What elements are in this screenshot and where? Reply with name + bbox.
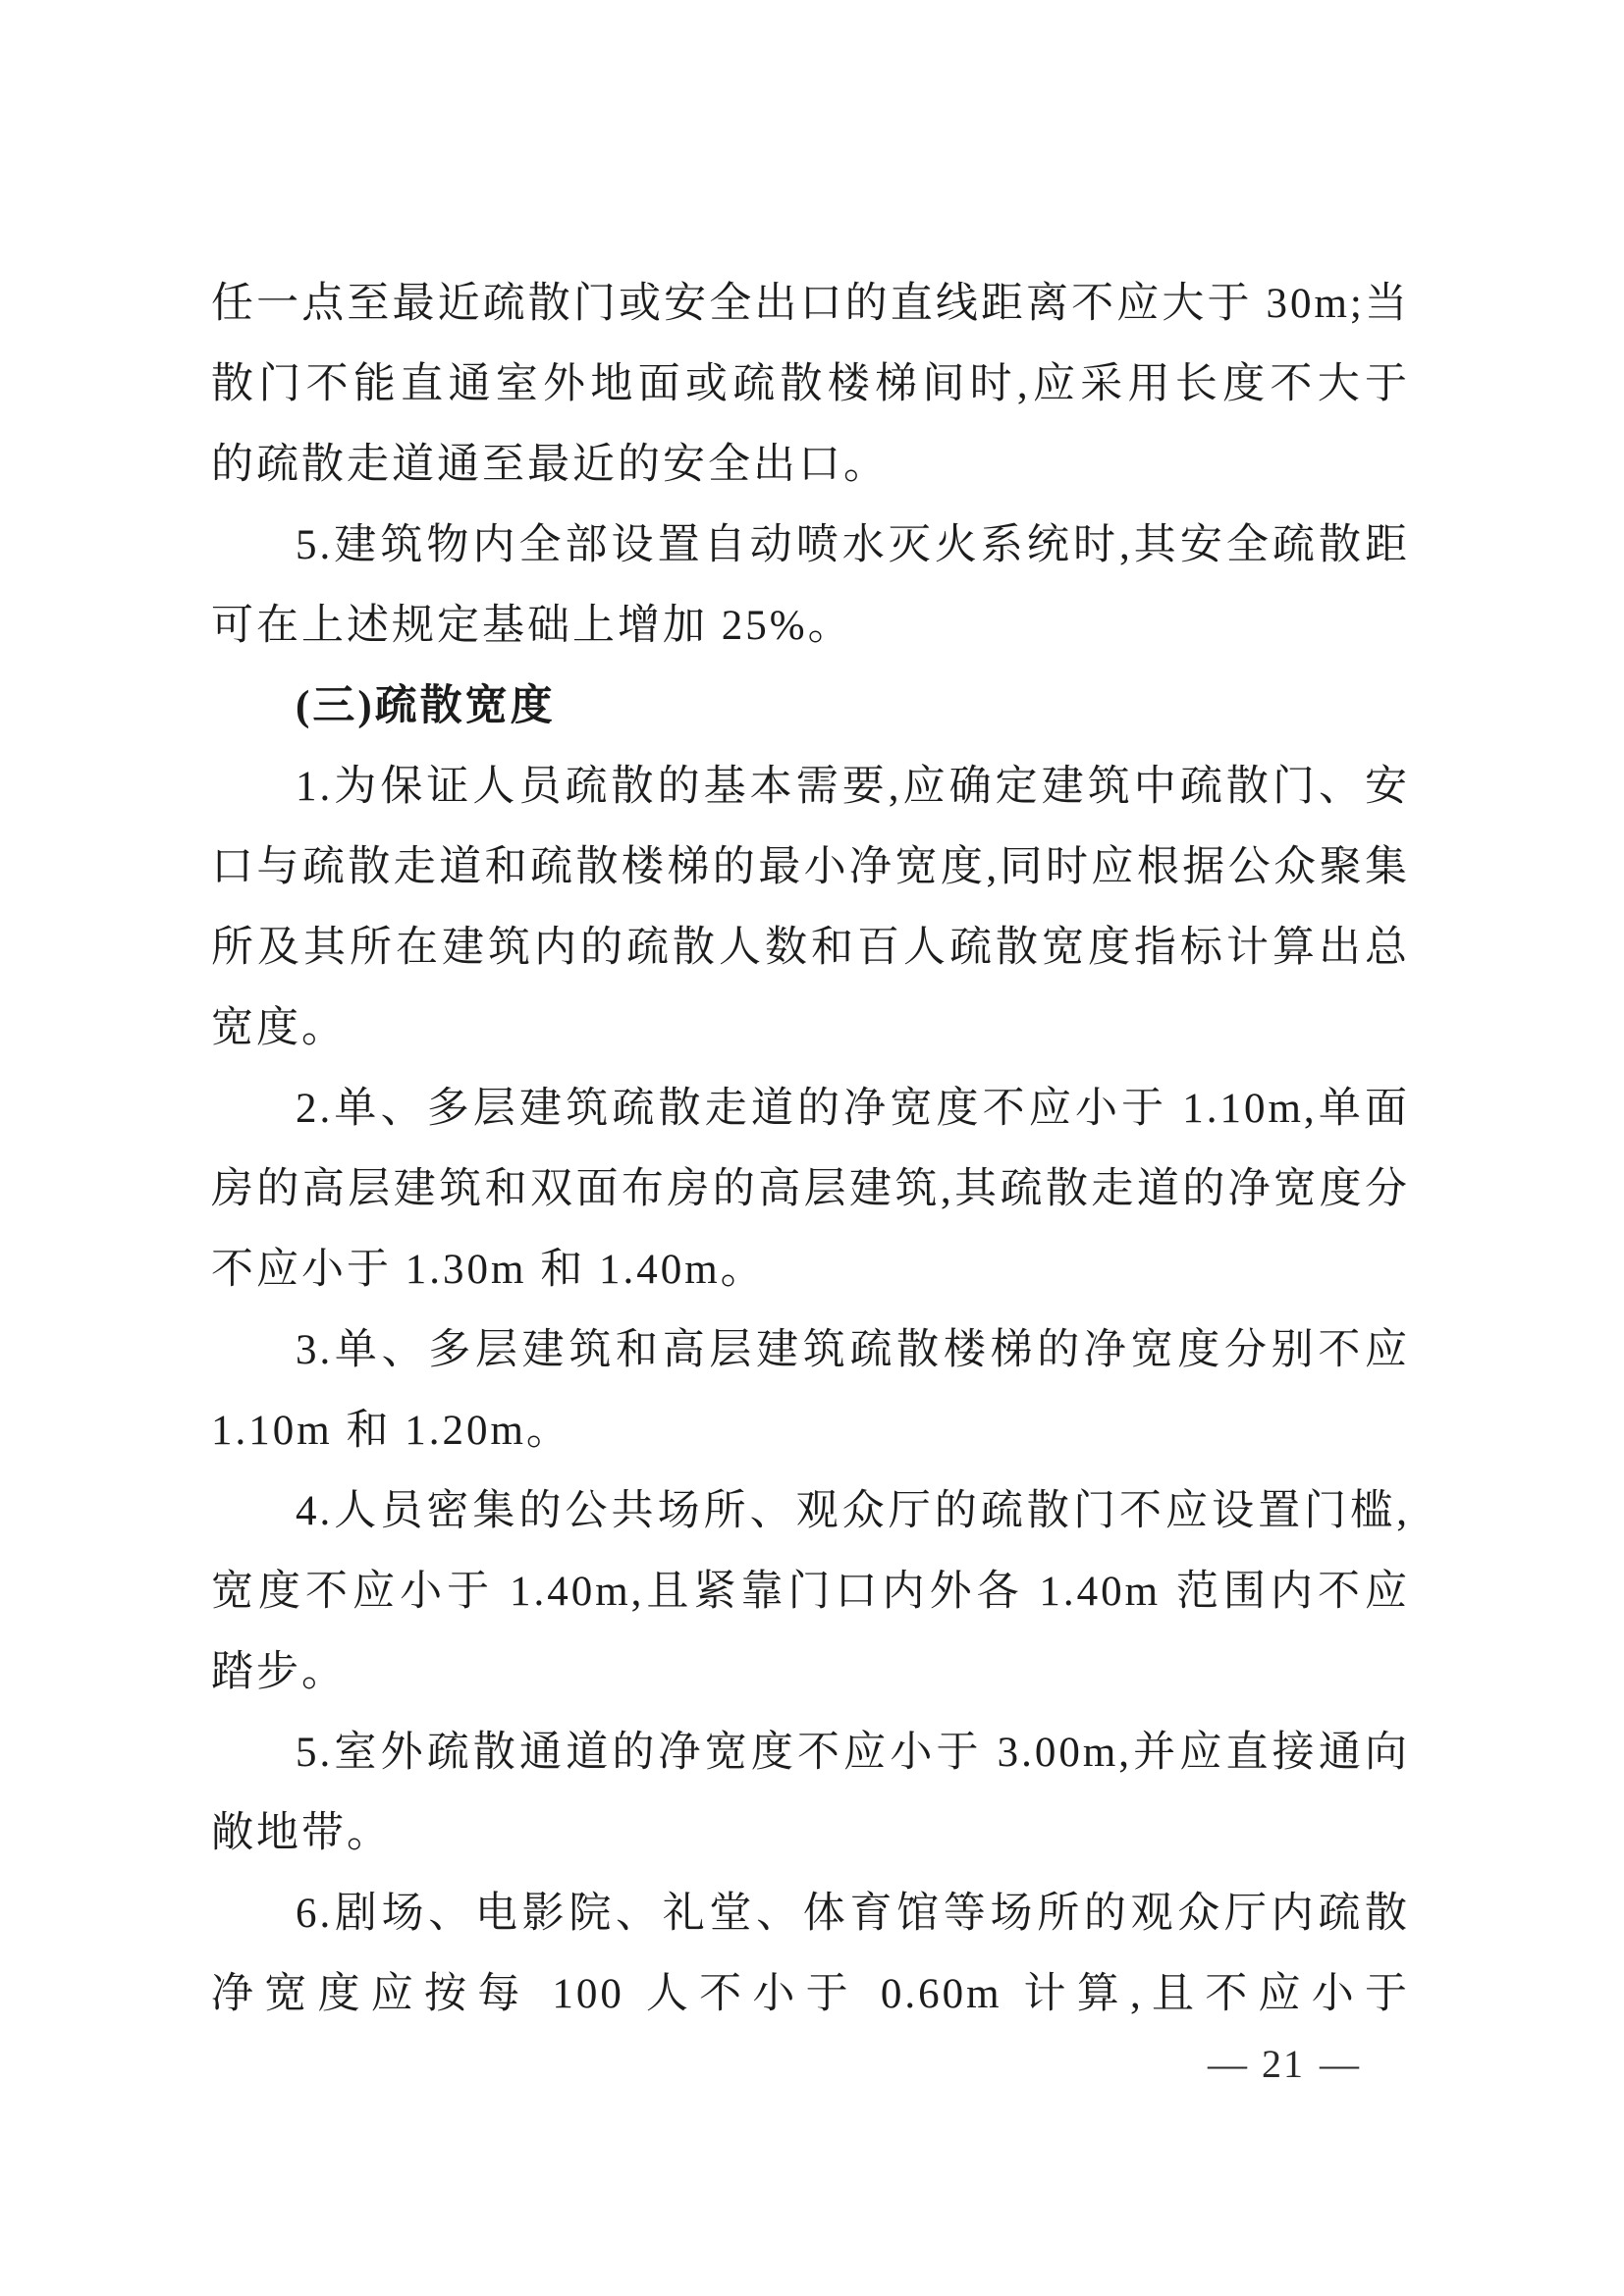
text-line: 3.单、多层建筑和高层建筑疏散楼梯的净宽度分别不应小于 [211, 1310, 1410, 1391]
footer-left-dash: — [1208, 2034, 1247, 2095]
body-text: 任一点至最近疏散门或安全出口的直线距离不应大于 30m;当疏 散门不能直通室外地… [211, 264, 1410, 2035]
text-line: 任一点至最近疏散门或安全出口的直线距离不应大于 30m;当疏 [211, 264, 1410, 345]
text-line: 宽度。 [211, 988, 1410, 1069]
page-number: 21 [1262, 2034, 1305, 2095]
text-line: 口与疏散走道和疏散楼梯的最小净宽度,同时应根据公众聚集场 [211, 828, 1410, 908]
text-line: 不应小于 1.30m 和 1.40m。 [211, 1230, 1410, 1310]
text-line: 1.为保证人员疏散的基本需要,应确定建筑中疏散门、安全出 [211, 747, 1410, 828]
footer-right-dash: — [1320, 2034, 1359, 2095]
document-page: 任一点至最近疏散门或安全出口的直线距离不应大于 30m;当疏 散门不能直通室外地… [0, 0, 1624, 2296]
page-footer: —21— [1193, 2034, 1374, 2095]
text-line: 1.10m 和 1.20m。 [211, 1391, 1410, 1471]
text-line: 5.室外疏散通道的净宽度不应小于 3.00m,并应直接通向宽 [211, 1713, 1410, 1793]
text-line: 2.单、多层建筑疏散走道的净宽度不应小于 1.10m,单面布 [211, 1069, 1410, 1149]
text-line: 宽度不应小于 1.40m,且紧靠门口内外各 1.40m 范围内不应设置 [211, 1552, 1410, 1632]
text-line: 所及其所在建筑内的疏散人数和百人疏散宽度指标计算出总疏散 [211, 908, 1410, 988]
section-heading: (三)疏散宽度 [211, 667, 1410, 747]
text-line: 5.建筑物内全部设置自动喷水灭火系统时,其安全疏散距离 [211, 506, 1410, 586]
text-line: 的疏散走道通至最近的安全出口。 [211, 425, 1410, 506]
text-line: 踏步。 [211, 1632, 1410, 1713]
text-line: 4.人员密集的公共场所、观众厅的疏散门不应设置门槛,其净 [211, 1471, 1410, 1552]
text-line: 可在上述规定基础上增加 25%。 [211, 586, 1410, 667]
text-line: 散门不能直通室外地面或疏散楼梯间时,应采用长度不大于 10m [211, 345, 1410, 425]
text-line: 房的高层建筑和双面布房的高层建筑,其疏散走道的净宽度分别 [211, 1149, 1410, 1230]
text-line: 敞地带。 [211, 1793, 1410, 1874]
text-line: 6.剧场、电影院、礼堂、体育馆等场所的观众厅内疏散走道的 [211, 1874, 1410, 1954]
text-line: 净宽度应按每 100 人不小于 0.60m 计算,且不应小于 1.00m。 [211, 1954, 1410, 2035]
